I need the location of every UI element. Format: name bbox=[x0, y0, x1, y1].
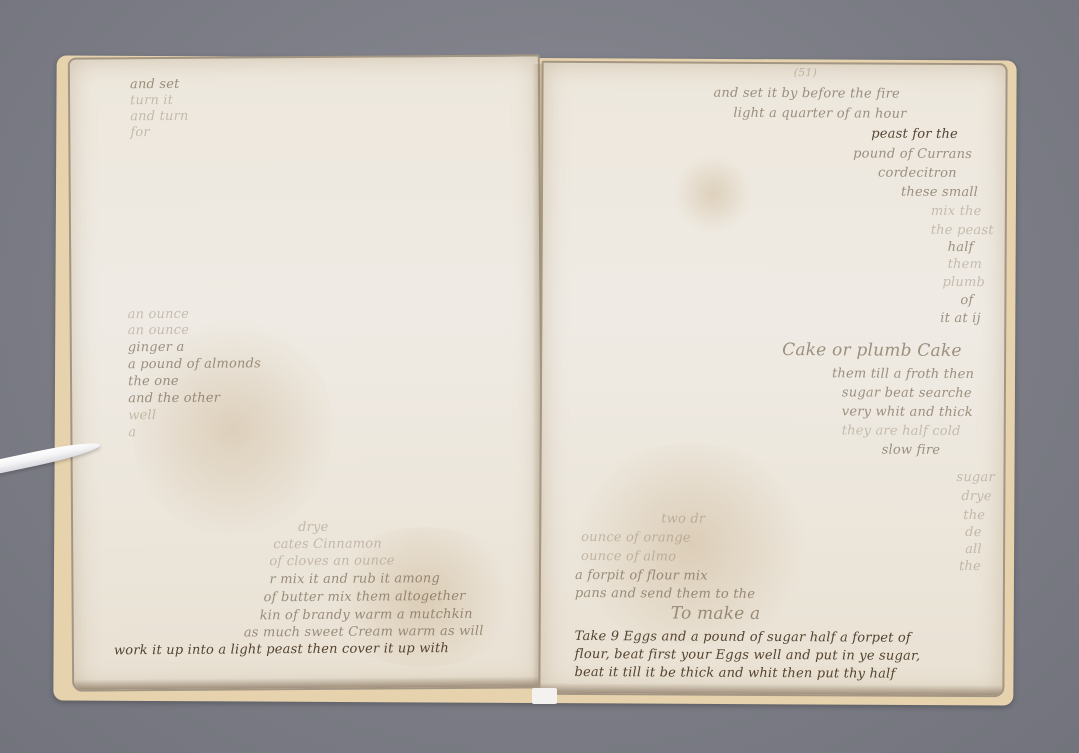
margin-text: de bbox=[965, 525, 982, 540]
left-page: and set turn it and turn for an ounce an… bbox=[68, 54, 544, 691]
manuscript-photo: and set turn it and turn for an ounce an… bbox=[0, 0, 1079, 753]
text-line: very whit and thick bbox=[842, 404, 973, 420]
text-line: well bbox=[128, 408, 156, 423]
text-line: and set it by before the fire bbox=[713, 86, 899, 102]
recipe-heading: To make a bbox=[671, 603, 761, 623]
text-line: plumb bbox=[942, 275, 985, 290]
text-line: for bbox=[130, 125, 150, 140]
text-line: work it up into a light peast then cover… bbox=[114, 641, 449, 658]
water-stain bbox=[673, 153, 753, 233]
text-line: ounce of orange bbox=[581, 530, 691, 546]
text-line: of butter mix them altogether bbox=[264, 589, 466, 605]
text-line: a forpit of flour mix bbox=[575, 568, 708, 584]
text-line: light a quarter of an hour bbox=[733, 106, 906, 122]
text-line: ounce of almo bbox=[581, 549, 676, 564]
text-line: pound of Currans bbox=[853, 146, 972, 162]
text-line: and turn bbox=[130, 109, 188, 124]
text-line: r mix it and rub it among bbox=[269, 571, 440, 587]
page-edge bbox=[540, 683, 1002, 695]
right-page: (51) and set it by before the fire light… bbox=[538, 61, 1007, 697]
text-line: of cloves an ounce bbox=[269, 553, 394, 569]
text-line: turn it bbox=[130, 93, 173, 108]
text-line: cates Cinnamon bbox=[273, 536, 382, 552]
text-line: an ounce bbox=[128, 307, 190, 322]
text-line: and set bbox=[130, 77, 180, 92]
text-line: flour, beat first your Eggs well and put… bbox=[575, 647, 921, 664]
text-line: they are half cold bbox=[842, 423, 961, 439]
text-line: them till a froth then bbox=[832, 366, 974, 382]
text-line: these small bbox=[901, 185, 978, 200]
text-line: Take 9 Eggs and a pound of sugar half a … bbox=[575, 629, 911, 646]
page-edge bbox=[74, 676, 542, 689]
text-line: them bbox=[948, 257, 982, 272]
paper-tab bbox=[532, 688, 557, 704]
text-line: as much sweet Cream warm as will bbox=[244, 624, 484, 641]
margin-text: drye bbox=[961, 489, 991, 504]
text-line: two dr bbox=[661, 511, 705, 526]
text-line: it at ij bbox=[940, 311, 980, 326]
text-line: peast for the bbox=[871, 127, 958, 142]
text-line: the one bbox=[128, 374, 179, 389]
margin-text: sugar bbox=[956, 470, 994, 485]
text-line: ginger a bbox=[128, 340, 185, 355]
text-line: half bbox=[948, 240, 974, 255]
text-line: and the other bbox=[128, 391, 220, 407]
text-line: kin of brandy warm a mutchkin bbox=[260, 607, 473, 623]
margin-text: all bbox=[965, 542, 982, 557]
text-line: sugar beat searche bbox=[842, 385, 972, 401]
text-line: cordecitron bbox=[878, 166, 957, 181]
section-heading: Cake or plumb Cake bbox=[782, 340, 962, 361]
text-line: a pound of almonds bbox=[128, 356, 261, 372]
margin-text: the bbox=[963, 508, 985, 523]
text-line: the peast bbox=[931, 223, 994, 238]
text-line: slow fire bbox=[882, 443, 941, 458]
text-line: drye bbox=[298, 520, 328, 535]
open-manuscript-book: and set turn it and turn for an ounce an… bbox=[70, 56, 1010, 696]
margin-text: the bbox=[959, 559, 981, 574]
text-line: a bbox=[128, 425, 136, 440]
page-number: (51) bbox=[794, 66, 817, 79]
text-line: of bbox=[960, 293, 973, 308]
text-line: mix the bbox=[931, 204, 982, 219]
text-line: pans and send them to the bbox=[575, 586, 755, 602]
text-line: an ounce bbox=[128, 323, 190, 338]
text-line: beat it till it be thick and whit then p… bbox=[574, 665, 895, 682]
